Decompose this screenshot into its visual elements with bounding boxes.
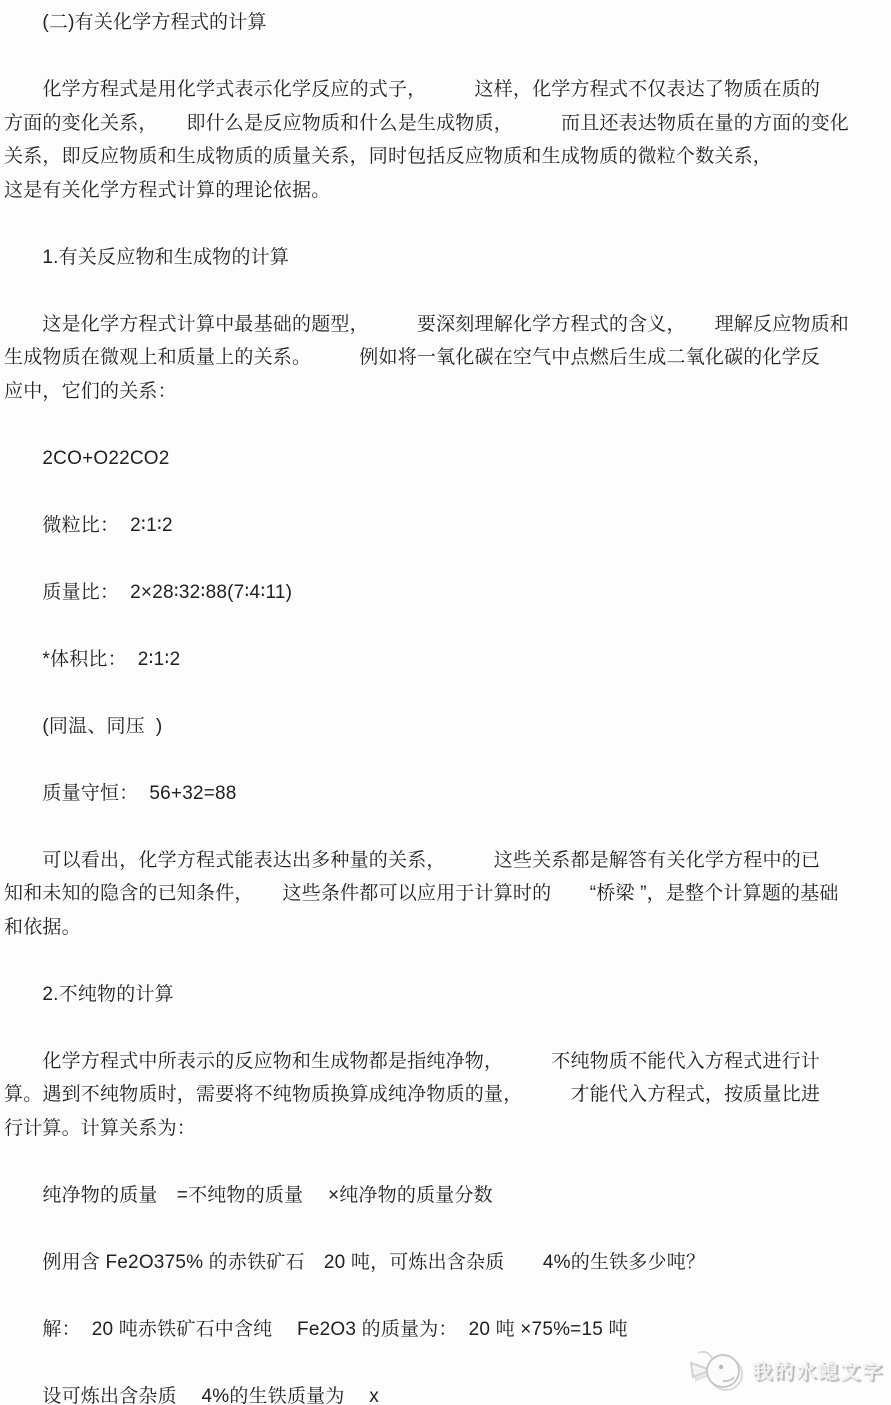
paragraph: 可以看出，化学方程式能表达出多种量的关系， 这些关系都是解答有关化学方程中的已知…: [4, 844, 891, 945]
formula: 例用含 Fe2O375% 的赤铁矿石 20 吨，可炼出含杂质 4%的生铁多少吨？: [4, 1246, 891, 1280]
text-line: 算。遇到不纯物质时，需要将不纯物质换算成纯净物质的量， 才能代入方程式，按质量比…: [4, 1078, 891, 1112]
formula: 质量守恒： 56+32=88: [4, 777, 891, 811]
text-line: 应中，它们的关系：: [4, 375, 891, 409]
formula: 质量比： 2×28∶32∶88(7∶4∶11): [4, 576, 891, 610]
text-line: (同温、同压 ): [4, 710, 891, 744]
document-page: (二)有关化学方程式的计算 化学方程式是用化学式表示化学反应的式子， 这样，化学…: [4, 6, 891, 1405]
paragraph: 化学方程式中所表示的反应物和生成物都是指纯净物， 不纯物质不能代入方程式进行计算…: [4, 1045, 891, 1146]
text-line: 生成物质在微观上和质量上的关系。 例如将一氧化碳在空气中点燃后生成二氧化碳的化学…: [4, 341, 891, 375]
formula: 设可炼出含杂质 4%的生铁质量为 x: [4, 1380, 891, 1405]
text-line: 这是有关化学方程式计算的理论依据。: [4, 174, 891, 208]
text-line: 纯净物的质量 =不纯物的质量 ×纯净物的质量分数: [4, 1179, 891, 1213]
document-body: (二)有关化学方程式的计算 化学方程式是用化学式表示化学反应的式子， 这样，化学…: [4, 6, 891, 1405]
text-line: *体积比： 2∶1∶2: [4, 643, 891, 677]
text-line: 知和未知的隐含的已知条件， 这些条件都可以应用于计算时的 “桥梁 ”，是整个计算…: [4, 877, 891, 911]
heading: (二)有关化学方程式的计算: [4, 6, 891, 40]
heading: 2.不纯物的计算: [4, 978, 891, 1012]
heading: 1.有关反应物和生成物的计算: [4, 241, 891, 275]
text-line: 质量比： 2×28∶32∶88(7∶4∶11): [4, 576, 891, 610]
text-line: 2.不纯物的计算: [4, 978, 891, 1012]
text-line: 1.有关反应物和生成物的计算: [4, 241, 891, 275]
formula: 解： 20 吨赤铁矿石中含纯 Fe2O3 的质量为： 20 吨 ×75%=15 …: [4, 1313, 891, 1347]
text-line: 化学方程式中所表示的反应物和生成物都是指纯净物， 不纯物质不能代入方程式进行计: [4, 1045, 891, 1079]
text-line: 方面的变化关系， 即什么是反应物质和什么是生成物质， 而且还表达物质在量的方面的…: [4, 107, 891, 141]
text-line: 化学方程式是用化学式表示化学反应的式子， 这样，化学方程式不仅表达了物质在质的: [4, 73, 891, 107]
text-line: (二)有关化学方程式的计算: [4, 6, 891, 40]
text-line: 行计算。计算关系为：: [4, 1112, 891, 1146]
text-line: 微粒比： 2∶1∶2: [4, 509, 891, 543]
formula: 微粒比： 2∶1∶2: [4, 509, 891, 543]
text-line: 2CO+O22CO2: [4, 442, 891, 476]
text-line: 可以看出，化学方程式能表达出多种量的关系， 这些关系都是解答有关化学方程中的已: [4, 844, 891, 878]
paragraph: 化学方程式是用化学式表示化学反应的式子， 这样，化学方程式不仅表达了物质在质的方…: [4, 73, 891, 207]
formula: 纯净物的质量 =不纯物的质量 ×纯净物的质量分数: [4, 1179, 891, 1213]
text-line: 和依据。: [4, 911, 891, 945]
text-line: 例用含 Fe2O375% 的赤铁矿石 20 吨，可炼出含杂质 4%的生铁多少吨？: [4, 1246, 891, 1280]
text-line: 解： 20 吨赤铁矿石中含纯 Fe2O3 的质量为： 20 吨 ×75%=15 …: [4, 1313, 891, 1347]
text-line: 设可炼出含杂质 4%的生铁质量为 x: [4, 1380, 891, 1405]
paragraph: 这是化学方程式计算中最基础的题型， 要深刻理解化学方程式的含义， 理解反应物质和…: [4, 308, 891, 409]
text-line: 这是化学方程式计算中最基础的题型， 要深刻理解化学方程式的含义， 理解反应物质和: [4, 308, 891, 342]
text-line: 质量守恒： 56+32=88: [4, 777, 891, 811]
formula: 2CO+O22CO2: [4, 442, 891, 476]
formula: *体积比： 2∶1∶2: [4, 643, 891, 677]
formula: (同温、同压 ): [4, 710, 891, 744]
text-line: 关系，即反应物质和生成物质的质量关系，同时包括反应物质和生成物质的微粒个数关系，: [4, 140, 891, 174]
